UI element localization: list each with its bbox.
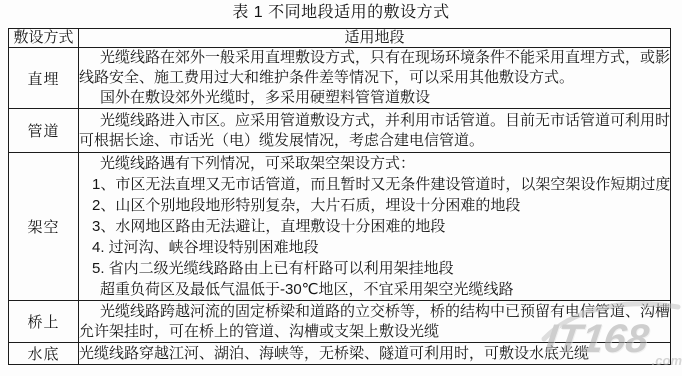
- table-header-row: 敷设方式 适用地段: [9, 29, 671, 48]
- row-line: 3、水网地区路由无法避让，直埋敷设十分困难的地段: [79, 216, 670, 237]
- section-cell: 光缆线路进入市区。应采用管道敷设方式，并利用市话管道。目前无市话管道可利用时， …: [79, 109, 671, 153]
- row-line: 国外在敷设郊外光缆时，多采用硬塑料管管道敷设: [79, 88, 670, 108]
- table-title: 表 1 不同地段适用的敷设方式: [0, 3, 682, 23]
- table-row-shuidi: 水底 光缆线路穿越江河、湖泊、海峡等，无桥梁、隧道可利用时，可敷设水底光缆: [9, 343, 671, 365]
- table-row-jiakong: 架空 光缆线路遇有下列情况，可采取架空架设方式： 1、市区无法直埋又无市话管道，…: [9, 153, 671, 301]
- row-line: 线路安全、施工费用过大和维护条件差等情况下，可以采用其他敷设方式。: [79, 68, 670, 88]
- method-label: 直埋: [9, 48, 79, 109]
- row-line: 2、山区个别地段地形特别复杂，大片石质，埋设十分困难的地段: [79, 195, 670, 216]
- section-cell: 光缆线路穿越江河、湖泊、海峡等，无桥梁、隧道可利用时，可敷设水底光缆: [79, 343, 671, 365]
- section-cell: 光缆线路在郊外一般采用直埋敷设方式，只有在现场环境条件不能采用直埋方式，或影响 …: [79, 48, 671, 109]
- header-method: 敷设方式: [9, 29, 79, 48]
- method-label: 桥上: [9, 301, 79, 343]
- row-line: 允许架挂时，可在桥上的管道、沟槽或支架上敷设光缆: [79, 322, 670, 342]
- row-line: 超重负荷区及最低气温低于-30℃地区，不宜采用架空光缆线路: [79, 279, 670, 300]
- row-line: 光缆线路进入市区。应采用管道敷设方式，并利用市话管道。目前无市话管道可利用时，: [79, 111, 670, 131]
- document-page: 表 1 不同地段适用的敷设方式 敷设方式 适用地段 直埋 光缆线路在郊外一般采用…: [0, 0, 682, 376]
- row-line: 5. 省内二级光缆线路路由上已有杆路可以利用架挂地段: [79, 258, 670, 279]
- row-line: 可根据长途、市话光（电）缆发展情况，考虑合建电信管道。: [79, 131, 670, 151]
- row-line: 光缆线路遇有下列情况，可采取架空架设方式：: [79, 153, 670, 174]
- header-section: 适用地段: [79, 29, 671, 48]
- section-cell: 光缆线路遇有下列情况，可采取架空架设方式： 1、市区无法直埋又无市话管道，而且暂…: [79, 153, 671, 301]
- method-label: 架空: [9, 153, 79, 301]
- row-line: 1、市区无法直埋又无市话管道，而且暂时又无条件建设管道时，以架空架设作短期过度: [79, 174, 670, 195]
- row-line: 光缆线路在郊外一般采用直埋敷设方式，只有在现场环境条件不能采用直埋方式，或影响: [79, 48, 670, 68]
- row-line: 4. 过河沟、峡谷埋设特别困难地段: [79, 237, 670, 258]
- table-row-guandao: 管道 光缆线路进入市区。应采用管道敷设方式，并利用市话管道。目前无市话管道可利用…: [9, 109, 671, 153]
- method-label: 水底: [9, 343, 79, 365]
- laying-methods-table: 敷设方式 适用地段 直埋 光缆线路在郊外一般采用直埋敷设方式，只有在现场环境条件…: [8, 28, 671, 365]
- section-cell: 光缆线路跨越河流的固定桥梁和道路的立交桥等，桥的结构中已预留有电信管道、沟槽或 …: [79, 301, 671, 343]
- row-line: 光缆线路跨越河流的固定桥梁和道路的立交桥等，桥的结构中已预留有电信管道、沟槽或: [79, 302, 670, 322]
- row-line: 光缆线路穿越江河、湖泊、海峡等，无桥梁、隧道可利用时，可敷设水底光缆: [79, 344, 670, 364]
- table-row-qiaoshang: 桥上 光缆线路跨越河流的固定桥梁和道路的立交桥等，桥的结构中已预留有电信管道、沟…: [9, 301, 671, 343]
- method-label: 管道: [9, 109, 79, 153]
- table-row-zhimai: 直埋 光缆线路在郊外一般采用直埋敷设方式，只有在现场环境条件不能采用直埋方式，或…: [9, 48, 671, 109]
